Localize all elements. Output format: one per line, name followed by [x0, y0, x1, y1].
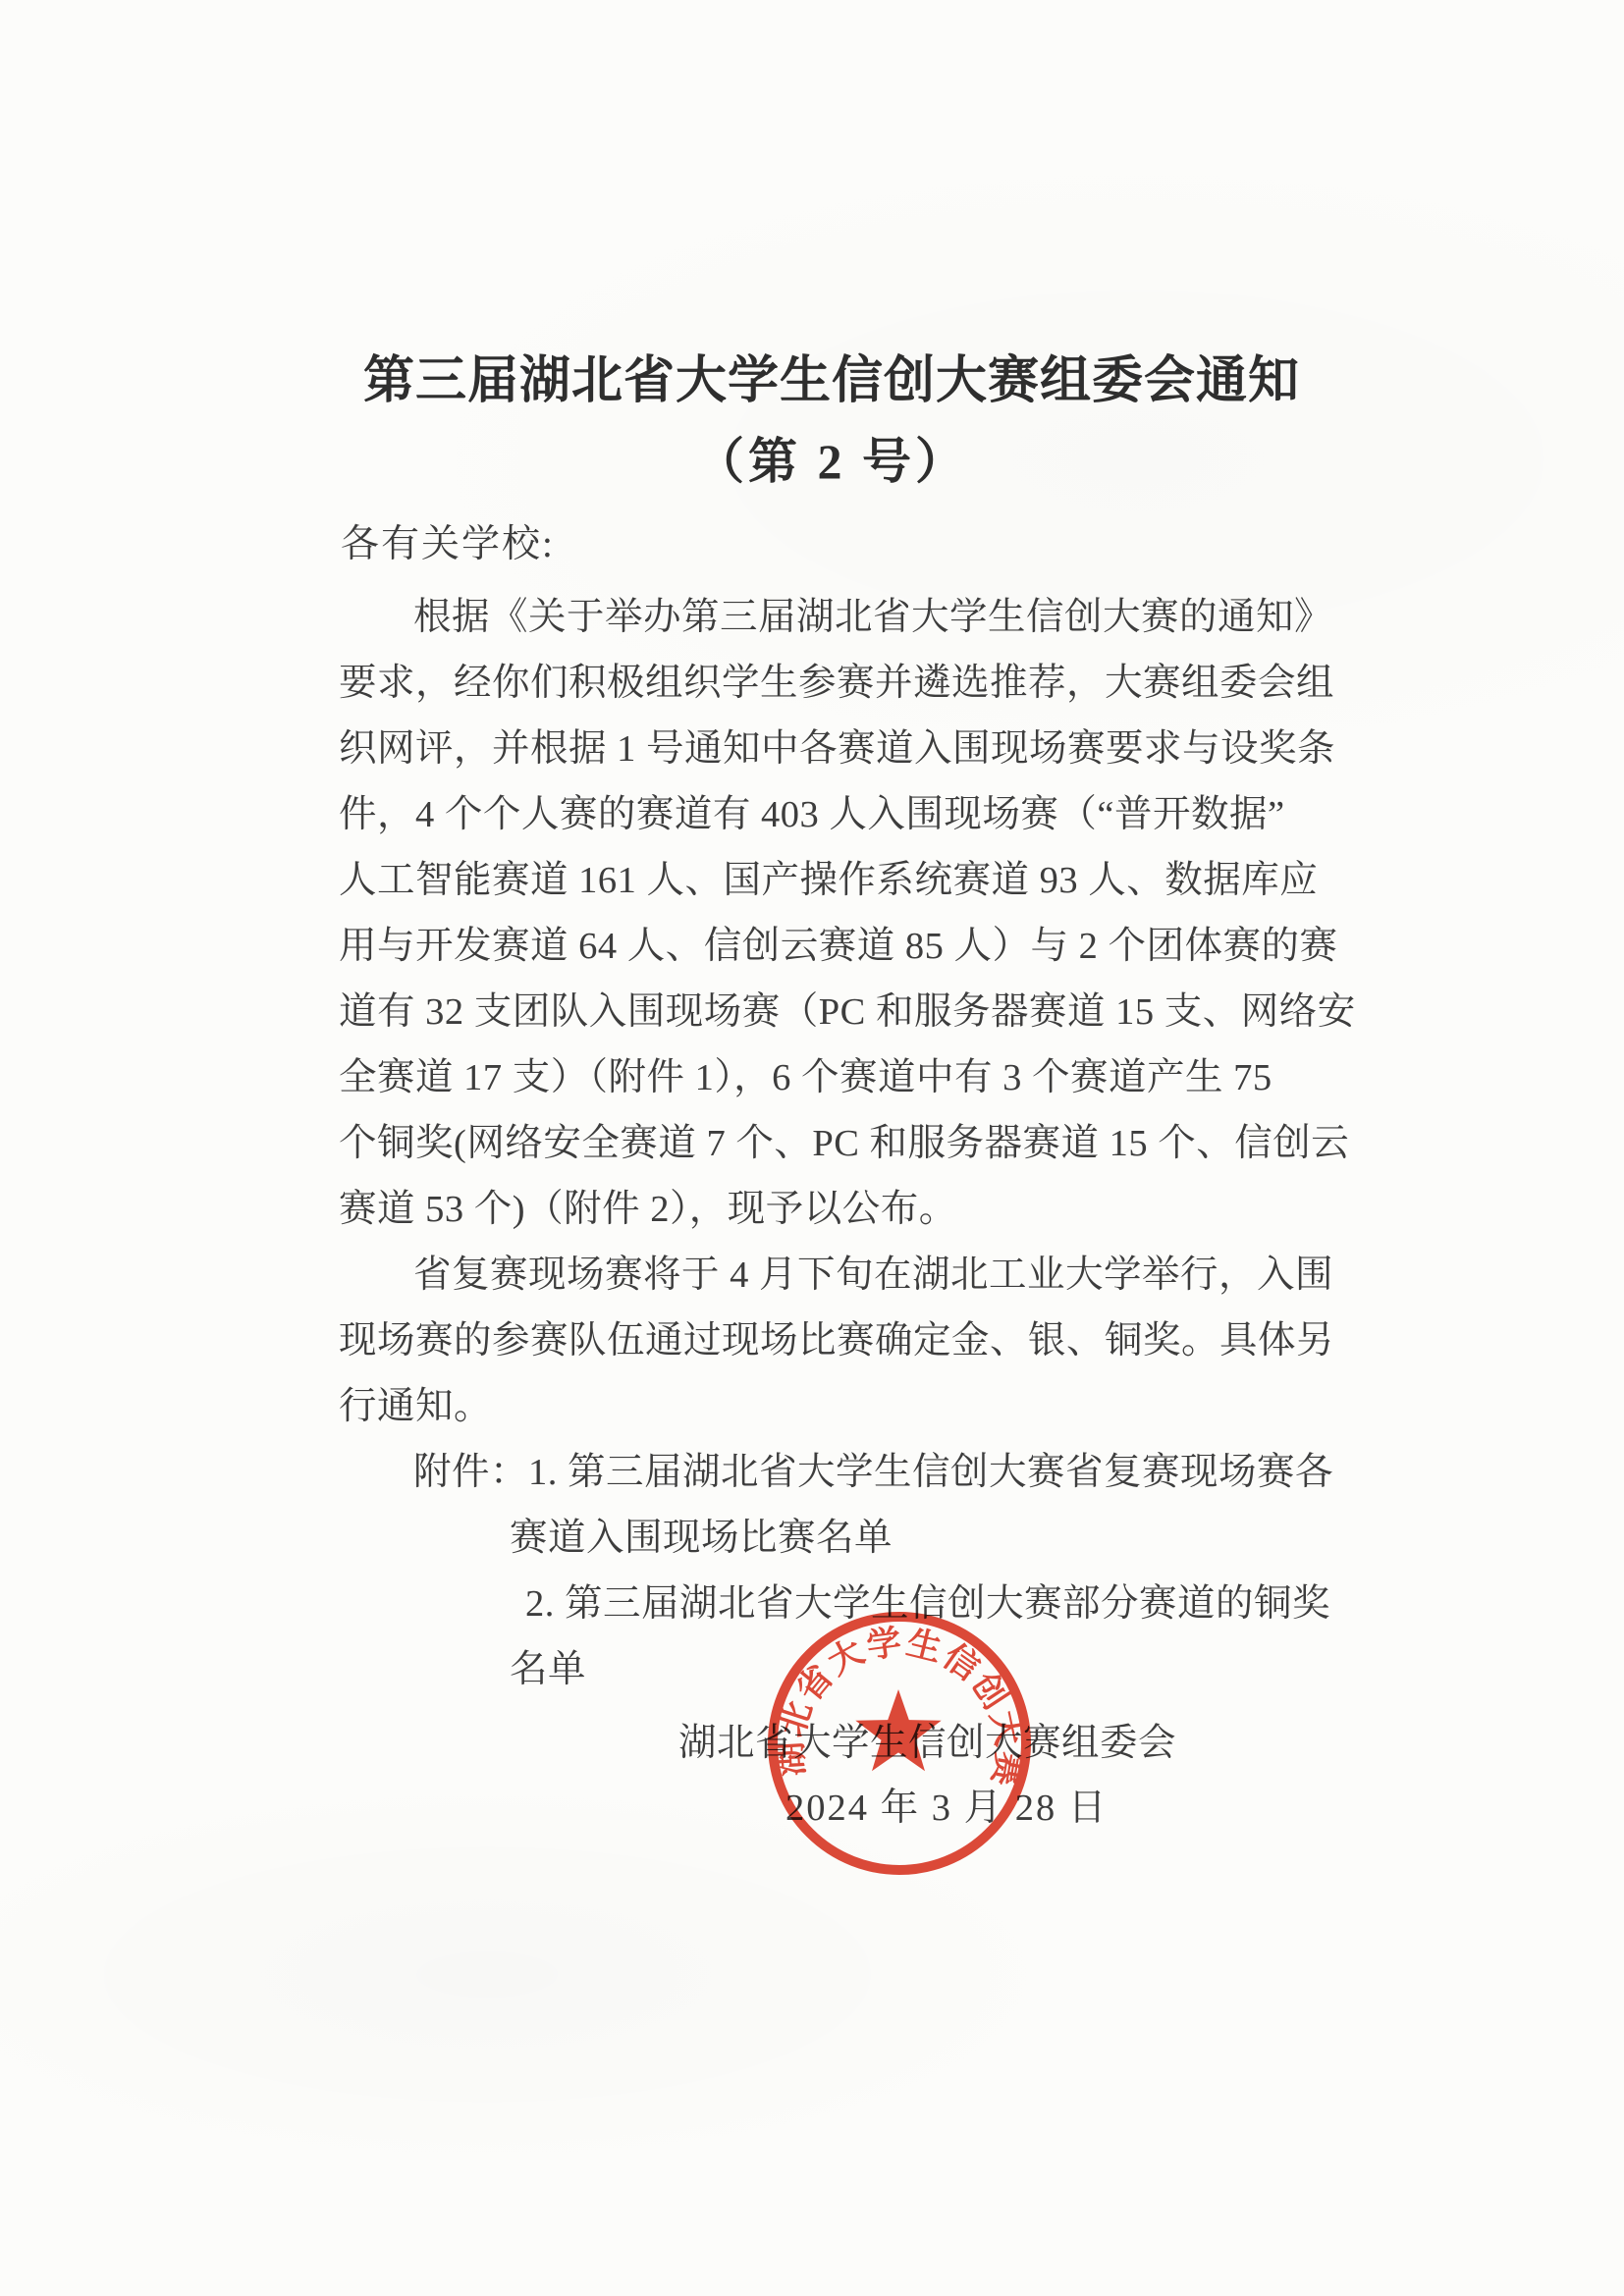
body-line: 现场赛的参赛队伍通过现场比赛确定金、银、铜奖。具体另 [339, 1308, 1321, 1374]
body-line: 根据《关于举办第三届湖北省大学生信创大赛的通知》 [339, 585, 1321, 651]
scanned-notice-page: 第三届湖北省大学生信创大赛组委会通知 （第 2 号） 各有关学校: 根据《关于举… [0, 0, 1624, 2296]
document-title: 第三届湖北省大学生信创大赛组委会通知 （第 2 号） [39, 351, 1624, 491]
body-line: 赛道 53 个)（附件 2），现予以公布。 [339, 1177, 1321, 1243]
body-line: 省复赛现场赛将于 4 月下旬在湖北工业大学举行，入围 [339, 1243, 1321, 1308]
attachment-line: 附件：1. 第三届湖北省大学生信创大赛省复赛现场赛各 [339, 1440, 1321, 1506]
body-line: 用与开发赛道 64 人、信创云赛道 85 人）与 2 个团体赛的赛 [339, 914, 1321, 980]
body-line: 要求，经你们积极组织学生参赛并遴选推荐，大赛组委会组 [339, 651, 1321, 717]
body-line: 件，4 个个人赛的赛道有 403 人入围现场赛（“普开数据” [339, 782, 1321, 848]
title-line-2: （第 2 号） [39, 432, 1624, 491]
body-line: 个铜奖(网络安全赛道 7 个、PC 和服务器赛道 15 个、信创云 [339, 1111, 1321, 1177]
body-text: 根据《关于举办第三届湖北省大学生信创大赛的通知》 要求，经你们积极组织学生参赛并… [339, 585, 1321, 1703]
body-line: 道有 32 支团队入围现场赛（PC 和服务器赛道 15 支、网络安 [339, 980, 1321, 1045]
title-line-1: 第三届湖北省大学生信创大赛组委会通知 [39, 351, 1624, 412]
official-seal-stamp: 湖北省大学生信创大赛组委会 [762, 1606, 1037, 1881]
seal-ring-text-shape: 湖北省大学生信创大赛组委会 [762, 1606, 1028, 1790]
seal-ring-text: 湖北省大学生信创大赛组委会 [762, 1606, 1028, 1790]
body-line: 织网评，并根据 1 号通知中各赛道入围现场赛要求与设奖条 [339, 717, 1321, 782]
salutation: 各有关学校: [341, 520, 555, 569]
attachment-line: 赛道入围现场比赛名单 [339, 1506, 1321, 1572]
body-line: 行通知。 [339, 1374, 1321, 1440]
star-icon [855, 1689, 941, 1771]
body-line: 人工智能赛道 161 人、国产操作系统赛道 93 人、数据库应 [339, 848, 1321, 914]
body-line: 全赛道 17 支）（附件 1），6 个赛道中有 3 个赛道产生 75 [339, 1045, 1321, 1111]
